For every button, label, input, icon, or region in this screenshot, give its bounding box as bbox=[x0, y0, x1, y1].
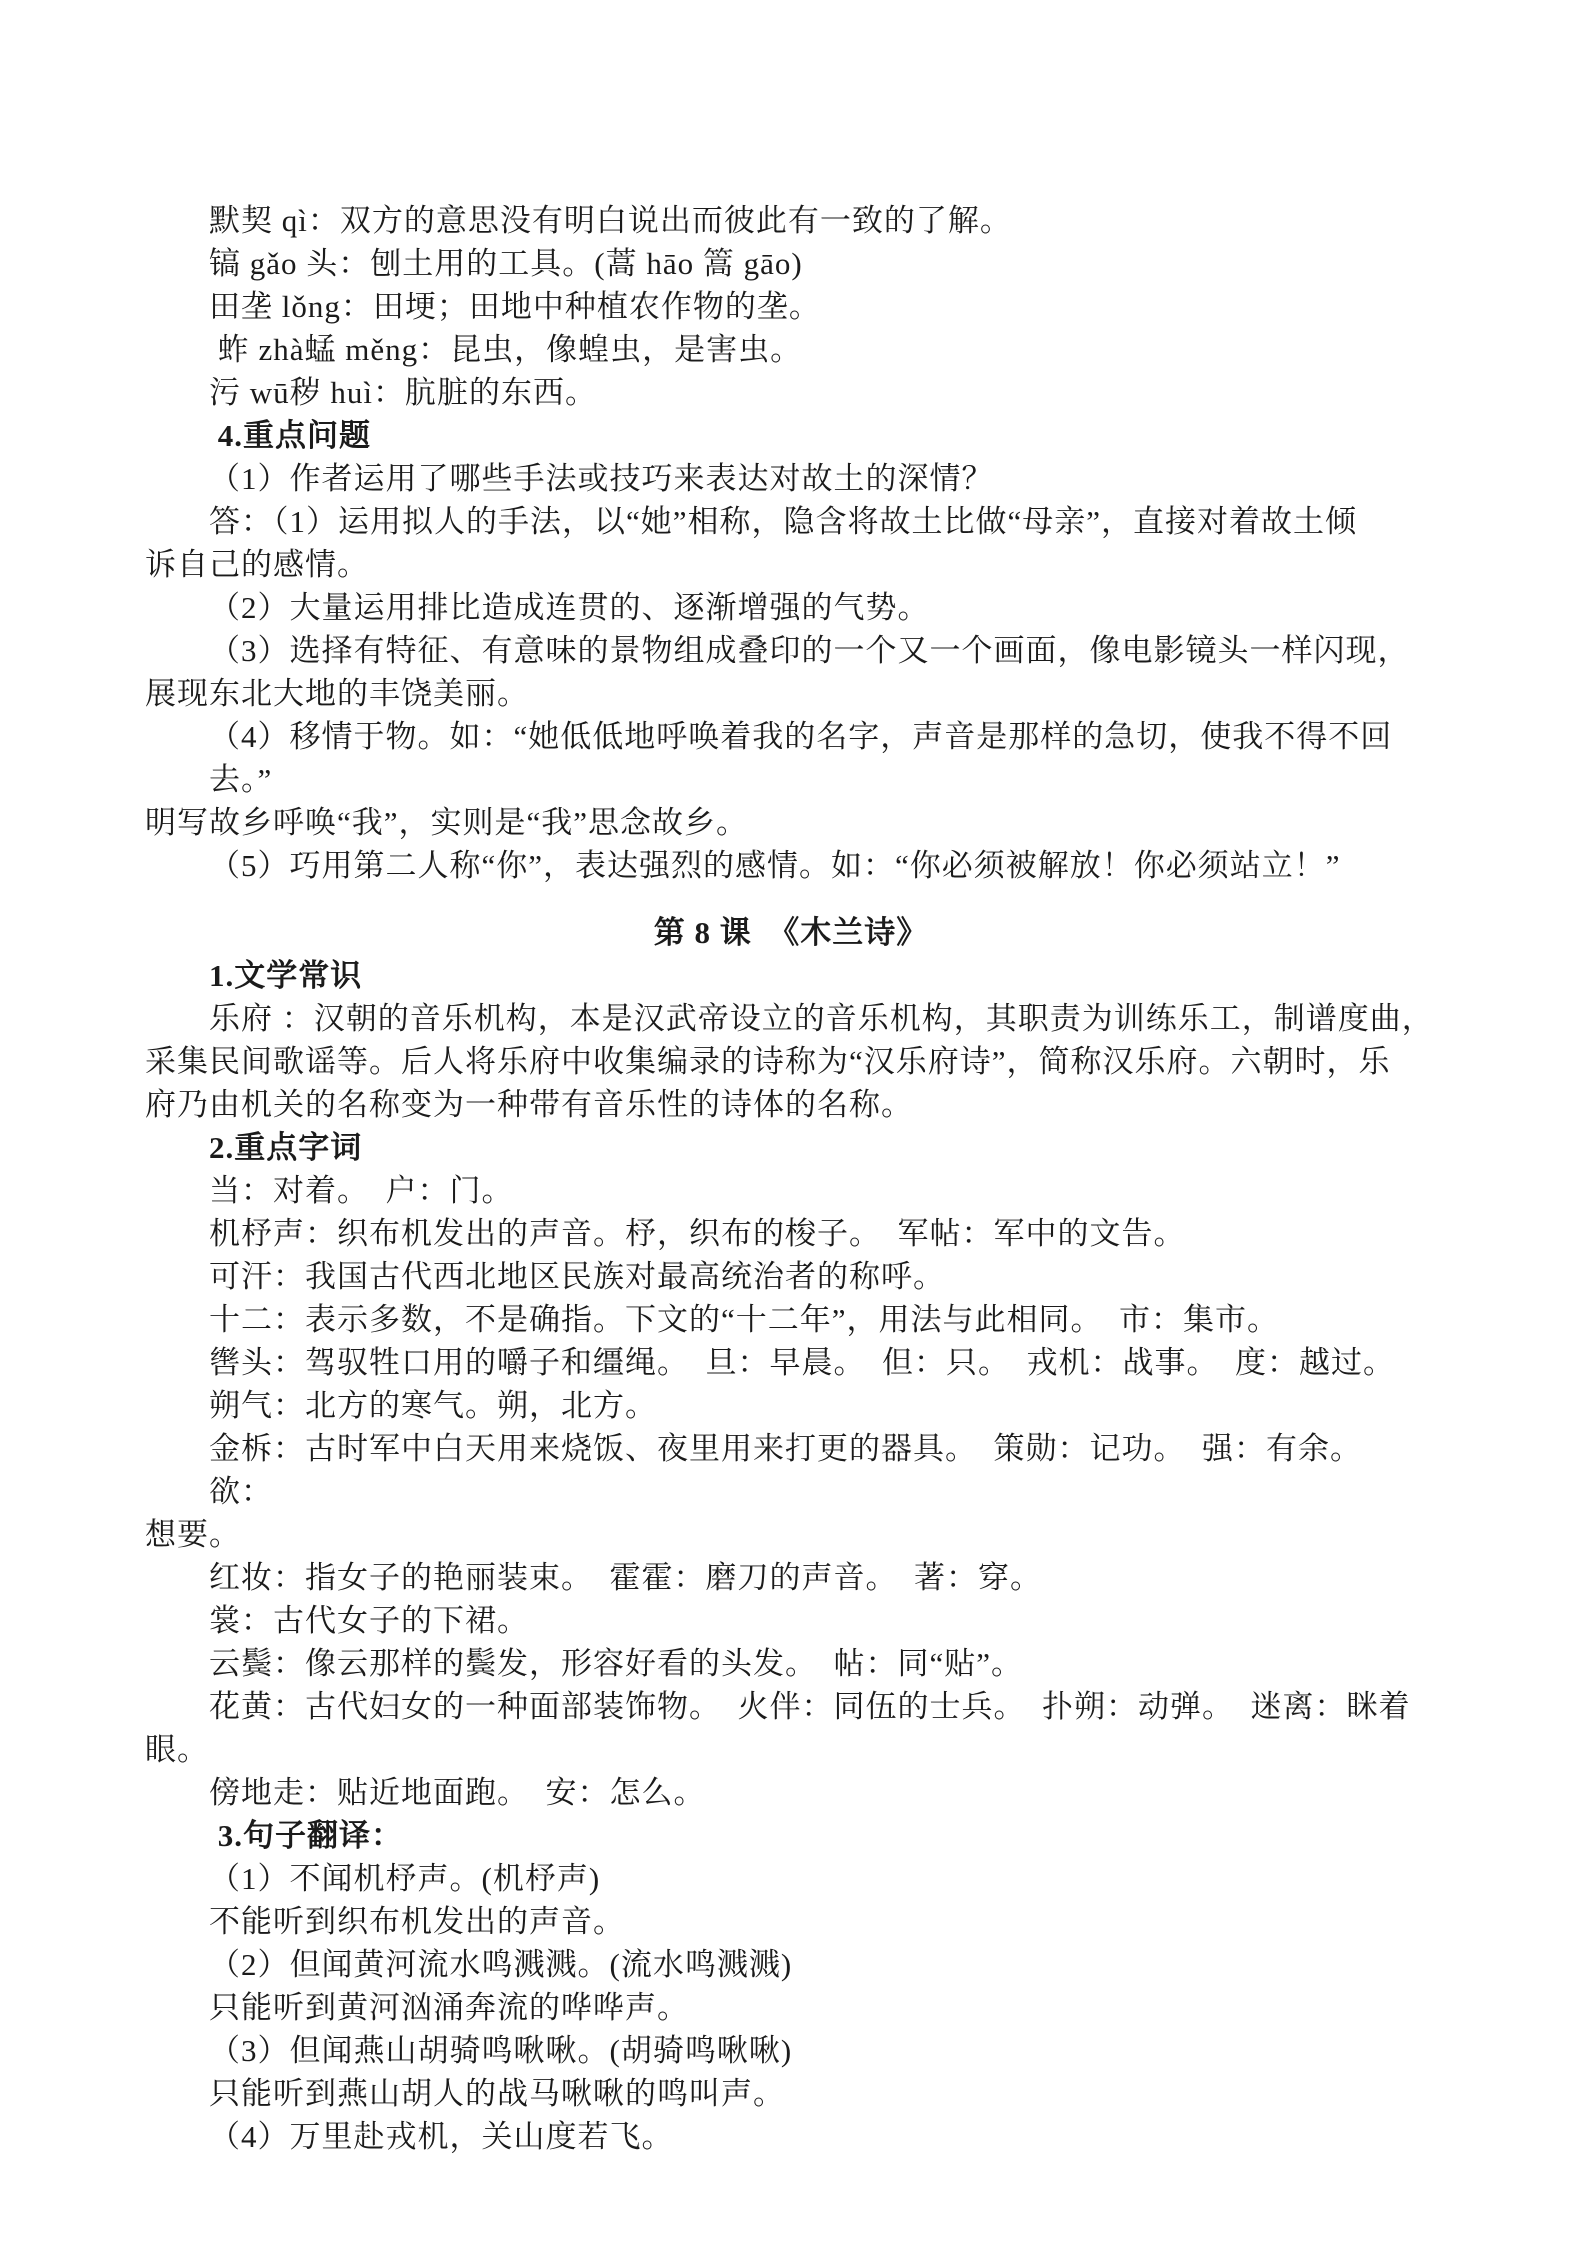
sentence-translation-title: 3.句子翻译： bbox=[145, 1814, 1437, 1857]
answer-line-continuation: 诉自己的感情。 bbox=[145, 543, 1437, 586]
glossary-line: 蚱 zhà蜢 měng：昆虫，像蝗虫，是害虫。 bbox=[145, 328, 1437, 371]
sentence-line: （4）万里赴戎机，关山度若飞。 bbox=[145, 2115, 1437, 2158]
definition-line: 辔头：驾驭牲口用的嚼子和缰绳。 旦：早晨。 但：只。 戎机：战事。 度：越过。 bbox=[145, 1341, 1437, 1384]
section-gap bbox=[145, 887, 1437, 911]
yuefu-line: 乐府 ：汉朝的音乐机构，本是汉武帝设立的音乐机构，其职责为训练乐工，制谱度曲， bbox=[145, 997, 1437, 1040]
key-questions-title: 4.重点问题 bbox=[145, 414, 1437, 457]
glossary-line: 污 wū秽 huì：肮脏的东西。 bbox=[145, 371, 1437, 414]
answer-line-continuation: 展现东北大地的丰饶美丽。 bbox=[145, 672, 1437, 715]
sentence-line: （2）但闻黄河流水鸣溅溅。(流水鸣溅溅) bbox=[145, 1943, 1437, 1986]
definition-line-continuation: 眼。 bbox=[145, 1728, 1437, 1771]
yuefu-line-continuation: 采集民间歌谣等。后人将乐府中收集编录的诗称为“汉乐府诗”，简称汉乐府。六朝时，乐 bbox=[145, 1040, 1437, 1083]
definition-line: 裳：古代女子的下裙。 bbox=[145, 1599, 1437, 1642]
definition-line: 朔气：北方的寒气。朔，北方。 bbox=[145, 1384, 1437, 1427]
definition-line: 红妆：指女子的艳丽装束。 霍霍：磨刀的声音。 著：穿。 bbox=[145, 1556, 1437, 1599]
answer-line: 答：（1）运用拟人的手法，以“她”相称，隐含将故土比做“母亲”，直接对着故土倾 bbox=[145, 500, 1437, 543]
answer-line: （5）巧用第二人称“你”，表达强烈的感情。如：“你必须被解放！你必须站立！” bbox=[145, 844, 1437, 887]
glossary-line: 镐 gǎo 头：刨土用的工具。(蒿 hāo 篙 gāo) bbox=[145, 242, 1437, 285]
translation-line: 只能听到燕山胡人的战马啾啾的鸣叫声。 bbox=[145, 2072, 1437, 2115]
definition-line-continuation: 想要。 bbox=[145, 1513, 1437, 1556]
definition-line: 十二：表示多数，不是确指。下文的“十二年”，用法与此相同。 市：集市。 bbox=[145, 1298, 1437, 1341]
key-words-title: 2.重点字词 bbox=[145, 1126, 1437, 1169]
answer-line-continuation: 明写故乡呼唤“我”，实则是“我”思念故乡。 bbox=[145, 801, 1437, 844]
answer-line: （4）移情于物。如：“她低低地呼唤着我的名字，声音是那样的急切，使我不得不回去。… bbox=[145, 715, 1437, 801]
answer-line: （3）选择有特征、有意味的景物组成叠印的一个又一个画面，像电影镜头一样闪现， bbox=[145, 629, 1437, 672]
glossary-line: 默契 qì：双方的意思没有明白说出而彼此有一致的了解。 bbox=[145, 199, 1437, 242]
translation-line: 不能听到织布机发出的声音。 bbox=[145, 1900, 1437, 1943]
definition-line: 云鬓：像云那样的鬓发，形容好看的头发。 帖：同“贴”。 bbox=[145, 1642, 1437, 1685]
yuefu-line-continuation: 府乃由机关的名称变为一种带有音乐性的诗体的名称。 bbox=[145, 1083, 1437, 1126]
sentence-line: （1）不闻机杼声。(机杼声) bbox=[145, 1857, 1437, 1900]
definition-line: 金柝：古时军中白天用来烧饭、夜里用来打更的器具。 策勋：记功。 强：有余。 欲： bbox=[145, 1427, 1437, 1513]
literary-knowledge-title: 1.文学常识 bbox=[145, 954, 1437, 997]
definition-line: 花黄：古代妇女的一种面部装饰物。 火伴：同伍的士兵。 扑朔：动弹。 迷离：眯着 bbox=[145, 1685, 1437, 1728]
translation-line: 只能听到黄河汹涌奔流的哗哗声。 bbox=[145, 1986, 1437, 2029]
document-page: 默契 qì：双方的意思没有明白说出而彼此有一致的了解。 镐 gǎo 头：刨土用的… bbox=[0, 0, 1587, 2245]
definition-line: 机杼声：织布机发出的声音。杼，织布的梭子。 军帖：军中的文告。 bbox=[145, 1212, 1437, 1255]
definition-line: 傍地走：贴近地面跑。 安：怎么。 bbox=[145, 1771, 1437, 1814]
lesson-heading: 第 8 课 《木兰诗》 bbox=[145, 911, 1437, 954]
glossary-line: 田垄 lǒng：田埂；田地中种植农作物的垄。 bbox=[145, 285, 1437, 328]
definition-line: 当：对着。 户：门。 bbox=[145, 1169, 1437, 1212]
definition-line: 可汗：我国古代西北地区民族对最高统治者的称呼。 bbox=[145, 1255, 1437, 1298]
key-questions-section: 4.重点问题 （1）作者运用了哪些手法或技巧来表达对故土的深情？ 答：（1）运用… bbox=[145, 414, 1437, 887]
lesson8-section: 第 8 课 《木兰诗》 1.文学常识 乐府 ：汉朝的音乐机构，本是汉武帝设立的音… bbox=[145, 911, 1437, 2158]
answer-line: （2）大量运用排比造成连贯的、逐渐增强的气势。 bbox=[145, 586, 1437, 629]
question-line: （1）作者运用了哪些手法或技巧来表达对故土的深情？ bbox=[145, 457, 1437, 500]
sentence-line: （3）但闻燕山胡骑鸣啾啾。(胡骑鸣啾啾) bbox=[145, 2029, 1437, 2072]
glossary-section: 默契 qì：双方的意思没有明白说出而彼此有一致的了解。 镐 gǎo 头：刨土用的… bbox=[145, 199, 1437, 414]
